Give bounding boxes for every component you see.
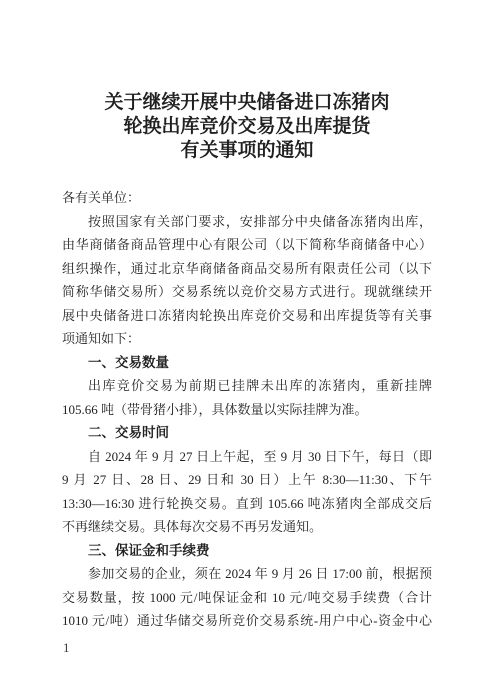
document-body: 各有关单位：按照国家有关部门要求，安排部分中央储备冻猪肉出库，由华商储备商品管理… — [62, 186, 432, 633]
title-line: 关于继续开展中央储备进口冻猪肉 — [62, 91, 432, 115]
body-line: 组织操作，通过北京华商储备商品交易所有限责任公司（以下 — [62, 257, 432, 281]
section-heading: 一、交易数量 — [62, 351, 432, 375]
body-line: 简称华储交易所）交易系统以竞价交易方式进行。现就继续开 — [62, 280, 432, 304]
body-line: 9 月 27 日、28 日、29 日和 30 日）上午 8:30—11:30、下… — [62, 468, 432, 492]
body-line: 展中央储备进口冻猪肉轮换出库竞价交易和出库提货等有关事 — [62, 304, 432, 328]
body-line: 出库竞价交易为前期已挂牌未出库的冻猪肉，重新挂牌 — [62, 374, 432, 398]
title-line: 轮换出库竞价交易及出库提货 — [62, 115, 432, 139]
body-line: 按照国家有关部门要求，安排部分中央储备冻猪肉出库， — [62, 210, 432, 234]
body-line: 交易数量，按 1000 元/吨保证金和 10 元/吨交易手续费（合计 — [62, 586, 432, 610]
body-line: 各有关单位： — [62, 186, 432, 210]
title-line: 有关事项的通知 — [62, 139, 432, 163]
body-line: 不再继续交易。具体每次交易不再另发通知。 — [62, 515, 432, 539]
page-number: 1 — [63, 640, 70, 656]
document-page: 关于继续开展中央储备进口冻猪肉轮换出库竞价交易及出库提货有关事项的通知 各有关单… — [0, 0, 494, 700]
body-line: 105.66 吨（带骨猪小排），具体数量以实际挂牌为准。 — [62, 398, 432, 422]
body-line: 自 2024 年 9 月 27 日上午起，至 9 月 30 日下午，每日（即 — [62, 445, 432, 469]
section-heading: 二、交易时间 — [62, 421, 432, 445]
body-line: 由华商储备商品管理中心有限公司（以下简称华商储备中心） — [62, 233, 432, 257]
body-line: 1010 元/吨）通过华储交易所竞价交易系统-用户中心-资金中心 — [62, 609, 432, 633]
document-title: 关于继续开展中央储备进口冻猪肉轮换出库竞价交易及出库提货有关事项的通知 — [62, 91, 432, 163]
body-line: 项通知如下： — [62, 327, 432, 351]
body-line: 13:30—16:30 进行轮换交易。直到 105.66 吨冻猪肉全部成交后 — [62, 492, 432, 516]
section-heading: 三、保证金和手续费 — [62, 539, 432, 563]
body-line: 参加交易的企业，须在 2024 年 9 月 26 日 17:00 前，根据预 — [62, 562, 432, 586]
